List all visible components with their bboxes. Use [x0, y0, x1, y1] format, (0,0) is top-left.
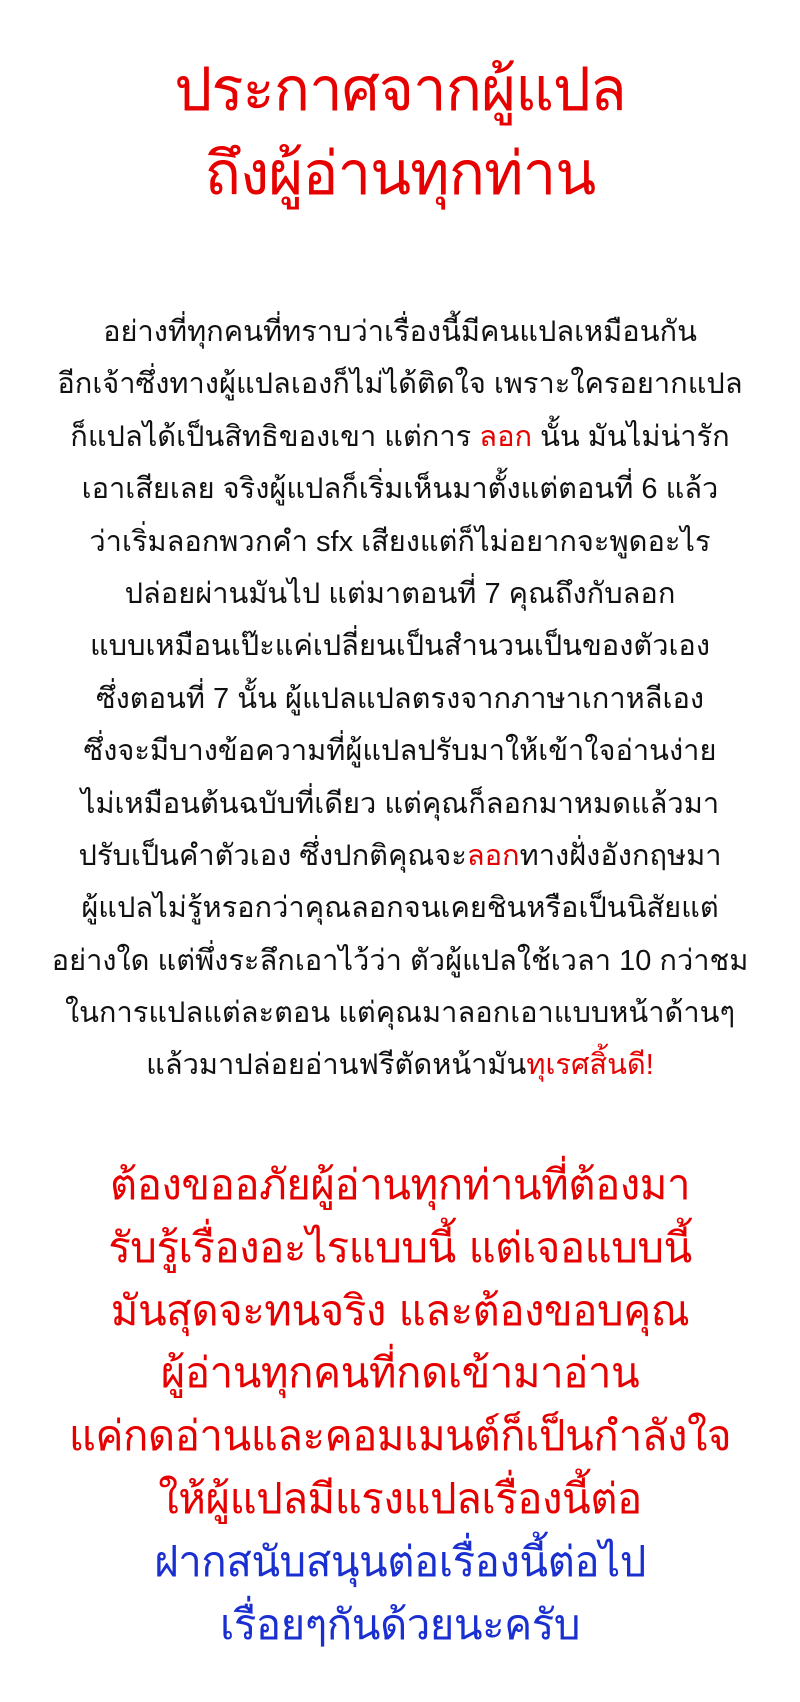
body-line: ไม่เหมือนต้นฉบับที่เดียว แต่คุณก็ลอกมาหม… — [0, 778, 800, 830]
body-text: ก็แปลได้เป็นสิทธิของเขา แต่การ — [70, 421, 479, 453]
appeal-line-red: ให้ผู้แปลมีแรงแปลเรื่องนี้ต่อ — [0, 1468, 800, 1531]
announcement-title: ประกาศจากผู้แปล ถึงผู้อ่านทุกท่าน — [0, 48, 800, 216]
body-line: ซึ่งจะมีบางข้อความที่ผู้แปลปรับมาให้เข้า… — [0, 725, 800, 777]
body-text: ทางฝั่งอังกฤษมา — [520, 840, 722, 872]
body-text: ปรับเป็นคำตัวเอง ซึ่งปกติคุณจะ — [78, 840, 466, 872]
appeal-line-red: มันสุดจะทนจริง และต้องขอบคุณ — [0, 1280, 800, 1343]
translator-announcement-page: ประกาศจากผู้แปล ถึงผู้อ่านทุกท่าน อย่างท… — [0, 0, 800, 1702]
body-text: อย่างที่ทุกคนที่ทราบว่าเรื่องนี้มีคนแปลเ… — [103, 316, 697, 348]
appeal-line-red: ต้องขออภัยผู้อ่านทุกท่านที่ต้องมา — [0, 1154, 800, 1217]
announcement-body: อย่างที่ทุกคนที่ทราบว่าเรื่องนี้มีคนแปลเ… — [0, 306, 800, 1092]
highlighted-word: ทุเรศสิ้นดี! — [526, 1049, 653, 1081]
body-line: ปรับเป็นคำตัวเอง ซึ่งปกติคุณจะลอกทางฝั่ง… — [0, 830, 800, 882]
body-text: แบบเหมือนเป๊ะแค่เปลี่ยนเป็นสำนวนเป็นของต… — [90, 630, 710, 662]
body-text: ว่าเริ่มลอกพวกคำ sfx เสียงแต่ก็ไม่อยากจะ… — [89, 526, 710, 558]
body-text: อีกเจ้าซึ่งทางผู้แปลเองก็ไม่ได้ติดใจ เพร… — [57, 368, 742, 400]
body-line: ปล่อยผ่านมันไป แต่มาตอนที่ 7 คุณถึงกับลอ… — [0, 568, 800, 620]
highlighted-word: ลอก — [467, 840, 520, 872]
appeal-line-red: แค่กดอ่านและคอมเมนต์ก็เป็นกำลังใจ — [0, 1405, 800, 1468]
body-text: อย่างใด แต่พึ่งระลึกเอาไว้ว่า ตัวผู้แปลใ… — [52, 945, 749, 977]
body-text: ปล่อยผ่านมันไป แต่มาตอนที่ 7 คุณถึงกับลอ… — [125, 578, 676, 610]
body-line: ในการแปลแต่ละตอน แต่คุณมาลอกเอาแบบหน้าด้… — [0, 987, 800, 1039]
appeal-line-red: ผู้อ่านทุกคนที่กดเข้ามาอ่าน — [0, 1342, 800, 1405]
body-text: เอาเสียเลย จริงผู้แปลก็เริ่มเห็นมาตั้งแต… — [82, 473, 719, 505]
body-line: อีกเจ้าซึ่งทางผู้แปลเองก็ไม่ได้ติดใจ เพร… — [0, 358, 800, 410]
body-line: อย่างที่ทุกคนที่ทราบว่าเรื่องนี้มีคนแปลเ… — [0, 306, 800, 358]
body-line: เอาเสียเลย จริงผู้แปลก็เริ่มเห็นมาตั้งแต… — [0, 463, 800, 515]
reader-appeal: ต้องขออภัยผู้อ่านทุกท่านที่ต้องมารับรู้เ… — [0, 1154, 800, 1656]
body-text: ผู้แปลไม่รู้หรอกว่าคุณลอกจนเคยชินหรือเป็… — [81, 892, 718, 924]
body-text: นั้น มันไม่น่ารัก — [532, 421, 730, 453]
body-line: ซึ่งตอนที่ 7 นั้น ผู้แปลแปลตรงจากภาษาเกา… — [0, 673, 800, 725]
body-text: ในการแปลแต่ละตอน แต่คุณมาลอกเอาแบบหน้าด้… — [65, 997, 735, 1029]
body-line: แบบเหมือนเป๊ะแค่เปลี่ยนเป็นสำนวนเป็นของต… — [0, 620, 800, 672]
appeal-line-blue: เรื่อยๆกันด้วยนะครับ — [0, 1594, 800, 1657]
body-text: ซึ่งจะมีบางข้อความที่ผู้แปลปรับมาให้เข้า… — [84, 735, 717, 767]
body-line: แล้วมาปล่อยอ่านฟรีตัดหน้ามันทุเรศสิ้นดี! — [0, 1039, 800, 1091]
highlighted-word: ลอก — [479, 421, 532, 453]
body-text: ไม่เหมือนต้นฉบับที่เดียว แต่คุณก็ลอกมาหม… — [81, 788, 719, 820]
body-text: ซึ่งตอนที่ 7 นั้น ผู้แปลแปลตรงจากภาษาเกา… — [96, 683, 704, 715]
title-line-2: ถึงผู้อ่านทุกท่าน — [0, 132, 800, 216]
appeal-line-blue: ฝากสนับสนุนต่อเรื่องนี้ต่อไป — [0, 1531, 800, 1594]
body-line: ว่าเริ่มลอกพวกคำ sfx เสียงแต่ก็ไม่อยากจะ… — [0, 516, 800, 568]
body-line: ผู้แปลไม่รู้หรอกว่าคุณลอกจนเคยชินหรือเป็… — [0, 882, 800, 934]
body-text: แล้วมาปล่อยอ่านฟรีตัดหน้ามัน — [146, 1049, 526, 1081]
body-line: ก็แปลได้เป็นสิทธิของเขา แต่การ ลอก นั้น … — [0, 411, 800, 463]
body-line: อย่างใด แต่พึ่งระลึกเอาไว้ว่า ตัวผู้แปลใ… — [0, 935, 800, 987]
appeal-line-red: รับรู้เรื่องอะไรแบบนี้ แต่เจอแบบนี้ — [0, 1217, 800, 1280]
title-line-1: ประกาศจากผู้แปล — [0, 48, 800, 132]
